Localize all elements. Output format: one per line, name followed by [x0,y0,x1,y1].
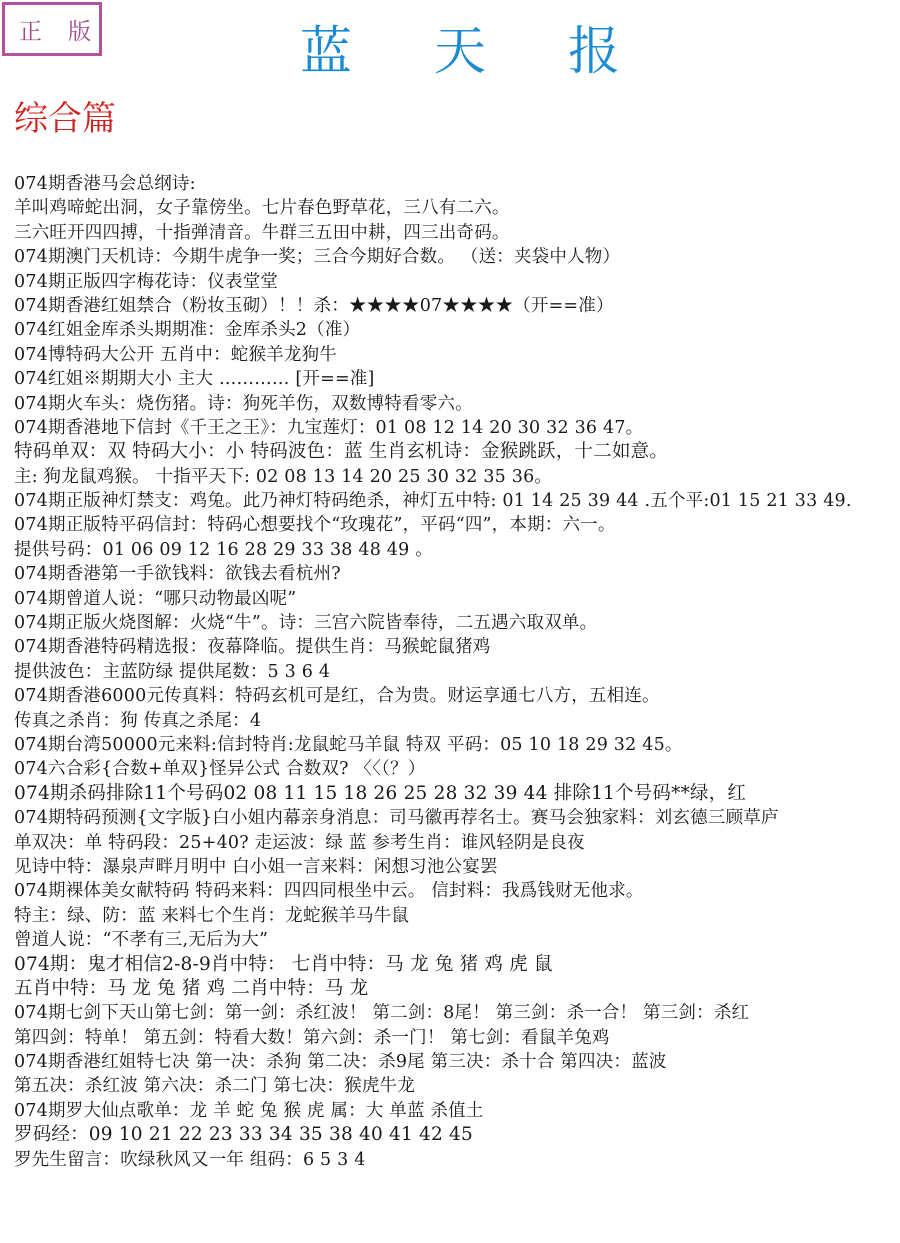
text-line: 特码单双：双 特码大小：小 特码波色：蓝 生肖玄机诗：金猴跳跃，十二如意。 [14,440,900,464]
content-body: 074期香港马会总纲诗: 羊叫鸡啼蛇出洞，女子靠傍坐。七片春色野草花，三八有二六… [14,172,900,1172]
page-title: 蓝 天 报 [300,22,620,82]
authentic-edition-badge: 正 版 [2,2,102,56]
text-line: 特主：绿、防：蓝 来料七个生肖：龙蛇猴羊马牛鼠 [14,904,900,928]
text-line: 074期香港6000元传真料：特码玄机可是红，合为贵。财运享通七八方，五相连。 [14,684,900,708]
title-char-3: 报 [568,22,620,82]
text-line: 五肖中特：马 龙 兔 猪 鸡 二肖中特：马 龙 [14,977,900,1001]
text-line: 074期香港红姐禁合（粉妆玉砌）！！杀：★★★★07★★★★（开==准） [14,294,900,318]
text-line: 074红姐※期期大小 主大 ………… [开==准] [14,367,900,391]
text-line: 074期火车头：烧伤猪。诗：狗死羊伤，双数博特看零六。 [14,392,900,416]
text-line: 074期香港第一手欲钱料：欲钱去看杭州? [14,562,900,586]
text-line: 提供号码：01 06 09 12 16 28 29 33 38 48 49 。 [14,538,900,562]
title-char-1: 蓝 [300,22,352,82]
text-line: 第五决：杀红波 第六决：杀二门 第七决：猴虎牛龙 [14,1074,900,1098]
text-line: 传真之杀肖：狗 传真之杀尾：4 [14,709,900,733]
text-line: 074红姐金库杀头期期准：金库杀头2（准） [14,318,900,342]
text-line: 罗码经：09 10 21 22 23 33 34 35 38 40 41 42 … [14,1123,900,1147]
text-line: 074期罗大仙点歌单：龙 羊 蛇 兔 猴 虎 属：大 单蓝 杀值土 [14,1099,900,1123]
title-char-2: 天 [434,22,486,82]
text-line: 见诗中特：瀑泉声畔月明中 白小姐一言来料：闲想习池公宴罢 [14,855,900,879]
text-line: 074期裸体美女献特码 特码来料：四四同根坐中云。 信封料：我爲钱财无他求。 [14,879,900,903]
text-line: 074博特码大公开 五肖中：蛇猴羊龙狗牛 [14,343,900,367]
text-line: 074期香港红姐特七决 第一决：杀狗 第二决：杀9尾 第三决：杀十合 第四决：蓝… [14,1050,900,1074]
text-line: 主: 狗龙鼠鸡猴。 十指平天下: 02 08 13 14 20 25 30 32… [14,465,900,489]
text-line: 074期特码预测{文字版}白小姐内幕亲身消息：司马徽再荐名士。赛马会独家料：刘玄… [14,806,900,830]
text-line: 罗先生留言：吹绿秋风又一年 组码：6 5 3 4 [14,1148,900,1172]
text-line: 074期香港马会总纲诗: [14,172,900,196]
text-line: 074期澳门天机诗：今期牛虎争一奖；三合今期好合数。 （送：夹袋中人物） [14,245,900,269]
text-line: 074期正版火烧图解：火烧“牛”。诗：三宫六院皆奉待，二五遇六取双单。 [14,611,900,635]
text-line: 074期曾道人说：“哪只动物最凶呢” [14,587,900,611]
text-line: 074期台湾50000元来料:信封特肖:龙鼠蛇马羊鼠 特双 平码：05 10 1… [14,733,900,757]
section-title: 综合篇 [14,95,116,143]
text-line: 单双决：单 特码段：25+40? 走运波：绿 蓝 参考生肖：谁风轻阴是良夜 [14,831,900,855]
text-line: 074期正版神灯禁支：鸡兔。此乃神灯特码绝杀，神灯五中特: 01 14 25 3… [14,489,900,513]
text-line: 第四剑：特单！ 第五剑：特看大数！第六剑：杀一门！ 第七剑：看鼠羊兔鸡 [14,1026,900,1050]
text-line: 074期正版特平码信封：特码心想要找个“玫瑰花”，平码“四”，本期：六一。 [14,513,900,537]
text-line: 074期正版四字梅花诗：仪表堂堂 [14,270,900,294]
text-line: 074期杀码排除11个号码02 08 11 15 18 26 25 28 32 … [14,782,900,806]
badge-char-1: 正 [19,13,42,46]
text-line: 074期香港特码精选报：夜幕降临。提供生肖：马猴蛇鼠猪鸡 [14,635,900,659]
text-line: 074六合彩{合数+单双}怪异公式 合数双? 〈〈（？） [14,757,900,781]
text-line: 074期：鬼才相信2-8-9肖中特： 七肖中特：马 龙 兔 猪 鸡 虎 鼠 [14,953,900,977]
text-line: 曾道人说：“不孝有三,无后为大” [14,928,900,952]
text-line: 074期七剑下天山第七剑：第一剑：杀红波！ 第二剑：8尾！ 第三剑：杀一合！ 第… [14,1001,900,1025]
text-line: 羊叫鸡啼蛇出洞，女子靠傍坐。七片春色野草花，三八有二六。 [14,196,900,220]
badge-char-2: 版 [68,13,91,46]
text-line: 提供波色：主蓝防绿 提供尾数：5 3 6 4 [14,660,900,684]
text-line: 三六旺开四四搏，十指弹清音。牛群三五田中耕，四三出奇码。 [14,221,900,245]
text-line: 074期香港地下信封《千王之王》：九宝莲灯：01 08 12 14 20 30 … [14,416,900,440]
